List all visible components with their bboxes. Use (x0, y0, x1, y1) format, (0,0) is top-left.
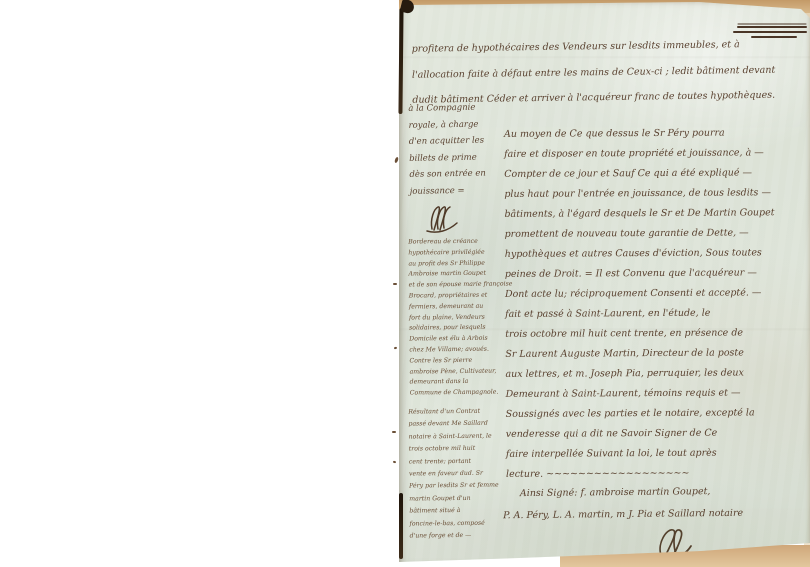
handwritten-line: faire interpellée Suivant la loi, le tou… (506, 443, 809, 465)
handwritten-line: d'en acquitter les (409, 132, 505, 150)
handwritten-line: vente en faveur dud. Sr (409, 467, 505, 480)
handwritten-line: Commune de Champagnole. (410, 388, 506, 400)
handwritten-line: peines de Droit. = Il est Convenu que l'… (505, 263, 808, 285)
handwritten-line: promettent de nouveau toute garantie de … (505, 223, 808, 245)
handwritten-line: Soussignés avec les parties et le notair… (506, 403, 809, 425)
handwritten-line: et de son épouse marie françoise (409, 280, 505, 292)
ink-speck (393, 283, 397, 285)
handwritten-line: bâtiments, à l'égard desquels le Sr et D… (504, 203, 807, 225)
signature-line: P. A. Péry, L. A. martin, m J. Pia et Sa… (503, 502, 743, 526)
body-region: à la Compagnieroyale, à charged'en acqui… (409, 100, 808, 542)
handwritten-line: faire et disposer en toute propriété et … (504, 143, 807, 165)
handwritten-line: bâtiment situé à (409, 505, 505, 518)
handwritten-line: Résultant d'un Contrat (408, 405, 504, 418)
handwritten-line: d'une forge et de — (410, 530, 506, 543)
margin-hanging-text: à la Compagnieroyale, à charged'en acqui… (408, 99, 506, 200)
handwritten-line: trois octobre mil huit (409, 443, 505, 456)
handwritten-line: jouissance = (410, 182, 506, 200)
handwritten-line: Sr Laurent Auguste Martin, Directeur de … (505, 343, 808, 365)
handwritten-line: fait et passé à Saint-Laurent, en l'étud… (505, 303, 808, 325)
handwritten-line: billets de prime (409, 149, 505, 167)
handwritten-line: plus haut pour l'entrée en jouissance, d… (504, 183, 807, 205)
signature-block: Ainsi Signé: f. ambroise martin Goupet,P… (503, 481, 743, 527)
binding-edge-bottom (399, 493, 403, 559)
handwritten-line: à la Compagnie (408, 99, 504, 117)
handwritten-line: royale, à charge (408, 116, 504, 134)
handwritten-line: hypothèques et autres Causes d'éviction,… (505, 243, 808, 265)
handwritten-line: Dont acte lu; réciproquement Consenti et… (505, 283, 808, 305)
handwritten-line: Compter de ce jour et Sauf Ce qui a été … (504, 163, 807, 185)
manuscript-photo: profitera de hypothécaires des Vendeurs … (399, 0, 810, 567)
handwritten-line: trois octobre mil huit cent trente, en p… (505, 323, 808, 345)
handwritten-line: passé devant Me Saillard (408, 418, 504, 431)
ink-speck (392, 431, 396, 433)
handwritten-line: dès son entrée en (409, 165, 505, 183)
handwritten-line: Demeurant à Saint-Laurent, témoins requi… (505, 383, 808, 405)
handwritten-line: notaire à Saint-Laurent, le (409, 430, 505, 443)
handwritten-line: Au moyen de Ce que dessus le Sr Péry pou… (504, 123, 807, 145)
canvas: profitera de hypothécaires des Vendeurs … (0, 0, 810, 567)
handwritten-line: venderesse qui a dit ne Savoir Signer de… (506, 423, 809, 445)
handwritten-line: foncine-le-bas, composé (409, 517, 505, 530)
main-text: Au moyen de Ce que dessus le Sr Péry pou… (504, 123, 809, 485)
ink-speck (393, 461, 396, 463)
margin-column: à la Compagnieroyale, à charged'en acqui… (409, 100, 505, 542)
margin-paraph-icon (421, 203, 463, 235)
margin-note-creance: Bordereau de créancehypothécaire privilé… (408, 237, 506, 400)
margin-note-contrat: Résultant d'un Contratpassé devant Me Sa… (408, 405, 505, 542)
ink-speck (394, 347, 397, 350)
handwritten-line: martin Goupet d'un (409, 492, 505, 505)
handwritten-line: aux lettres, et m. Joseph Pia, perruquie… (505, 363, 808, 385)
manuscript-paper: profitera de hypothécaires des Vendeurs … (399, 0, 810, 567)
handwritten-line: Péry par lesdits Sr et femme (409, 480, 505, 493)
signature-line: Ainsi Signé: f. ambroise martin Goupet, (503, 481, 743, 505)
handwritten-line: cent trente; portant (409, 455, 505, 468)
handwritten-line: ambroise Pène, Cultivateur, (410, 366, 506, 378)
